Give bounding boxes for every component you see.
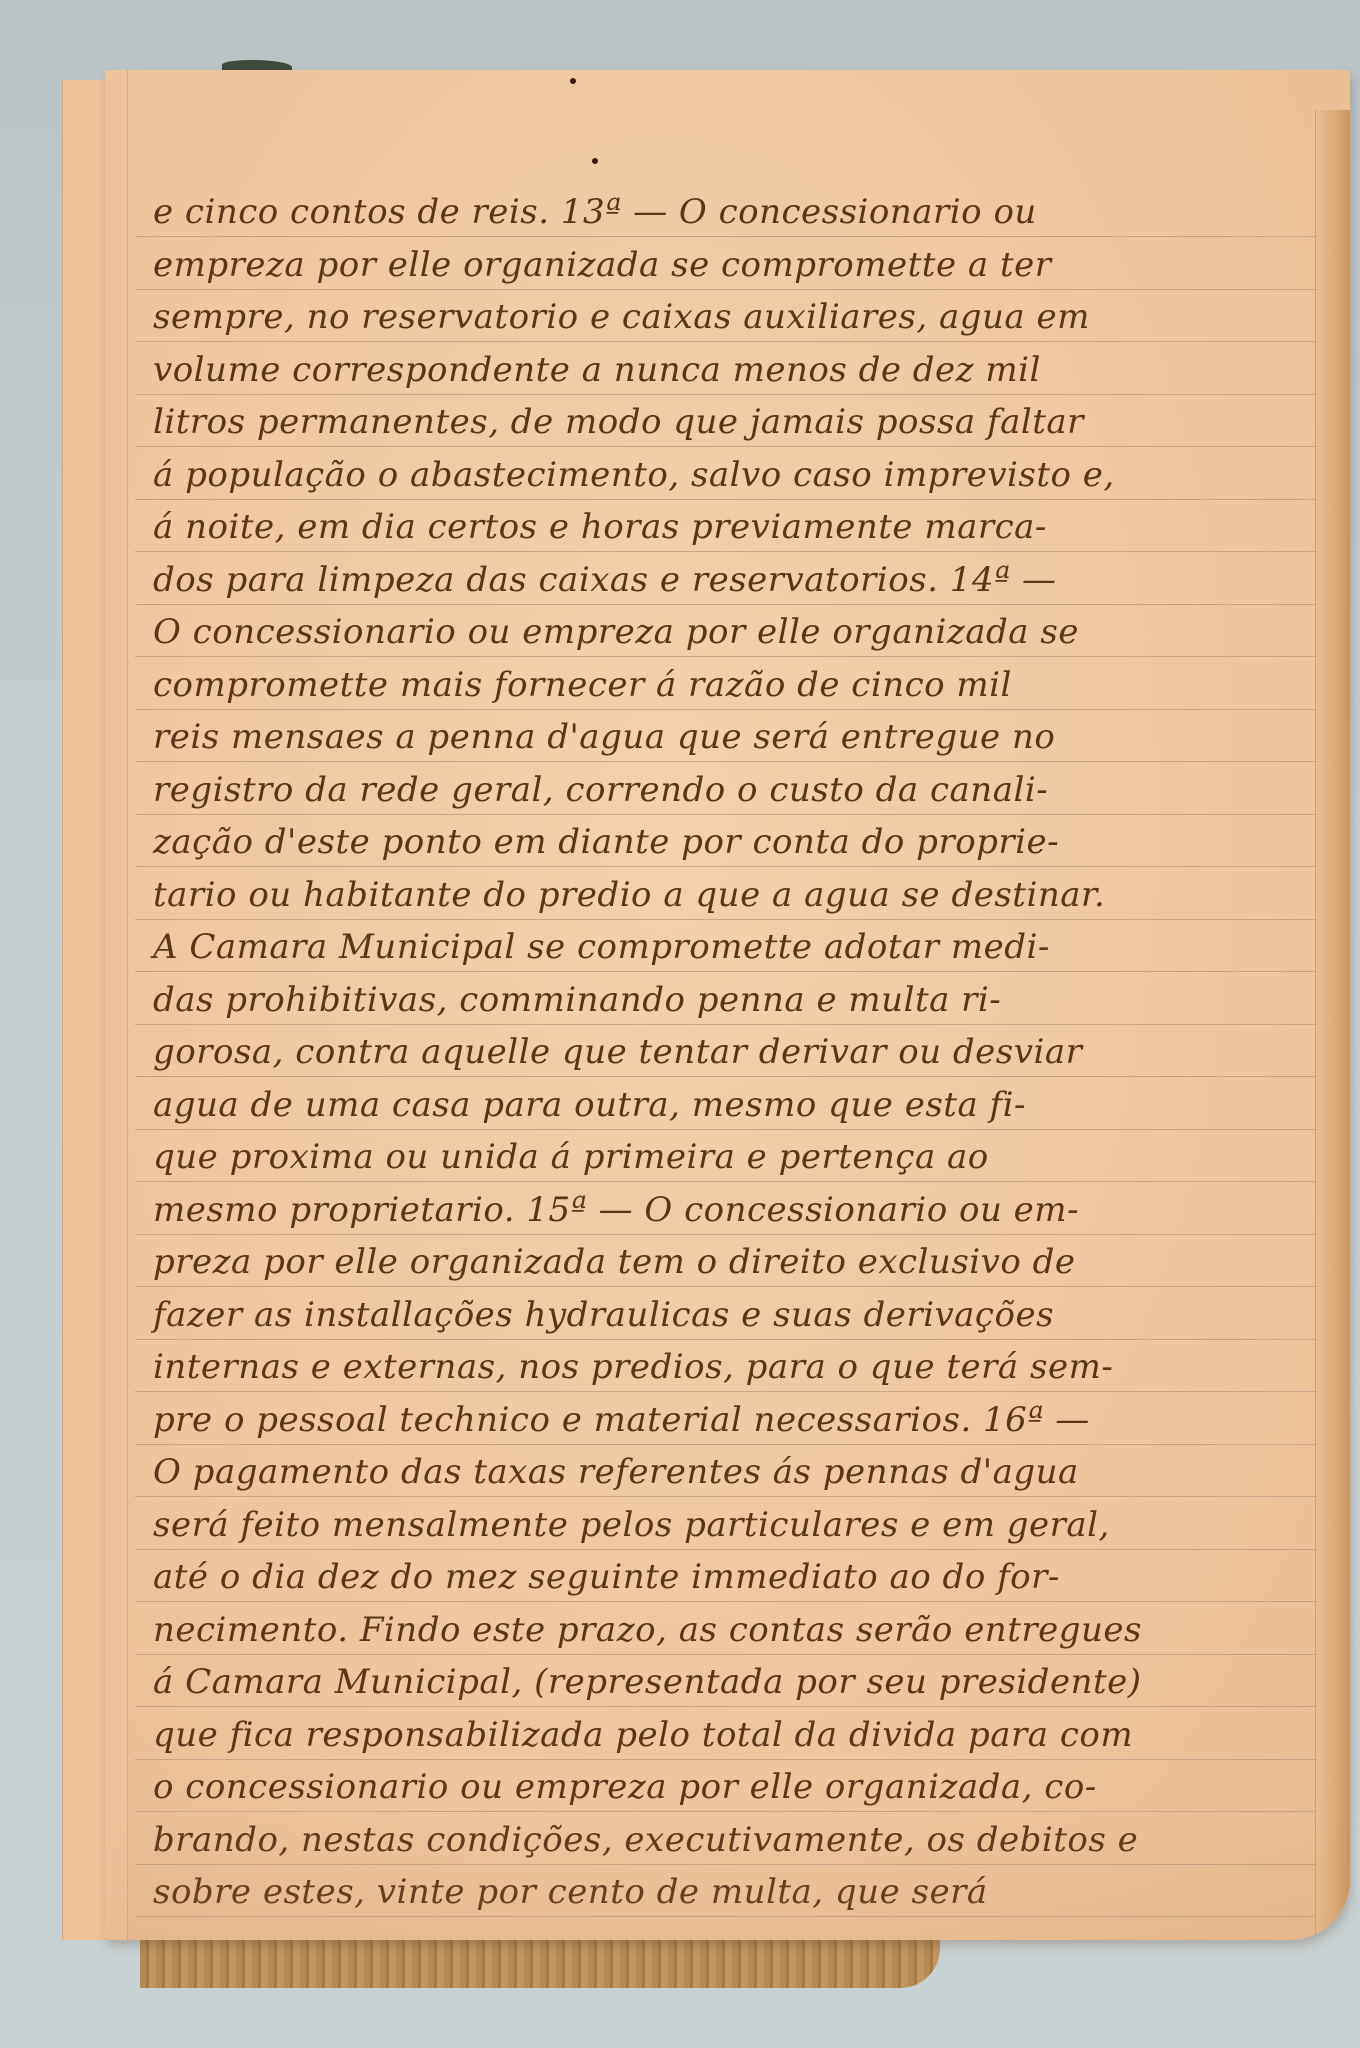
text-line: será feito mensalmente pelos particulare…: [153, 1505, 1323, 1545]
text-line: preza por elle organizada tem o direito …: [153, 1242, 1323, 1282]
ruled-line: [135, 1811, 1315, 1812]
ruled-line: [135, 1496, 1315, 1497]
ruled-line: [135, 1916, 1315, 1917]
ruled-line: [135, 919, 1315, 920]
text-line: internas e externas, nos predios, para o…: [153, 1347, 1323, 1387]
text-line: e cinco contos de reis. 13ª — O concessi…: [153, 192, 1323, 232]
ruled-line: [135, 1706, 1315, 1707]
ruled-line: [135, 1129, 1315, 1130]
text-line: dos para limpeza das caixas e reservator…: [153, 560, 1323, 600]
ruled-line: [135, 236, 1315, 237]
ruled-line: [135, 1339, 1315, 1340]
text-line: pre o pessoal technico e material necess…: [153, 1400, 1323, 1440]
text-line: brando, nestas condições, executivamente…: [153, 1820, 1323, 1860]
ruled-line: [135, 1549, 1315, 1550]
ruled-line: [135, 761, 1315, 762]
ruled-line: [135, 604, 1315, 605]
text-line: empreza por elle organizada se compromet…: [153, 245, 1323, 285]
text-line: das prohibitivas, comminando penna e mul…: [153, 980, 1323, 1020]
ruled-line: [135, 1076, 1315, 1077]
left-margin: [105, 70, 128, 1940]
text-line: que fica responsabilizada pelo total da …: [153, 1715, 1323, 1755]
ruled-line: [135, 1654, 1315, 1655]
ruled-line: [135, 499, 1315, 500]
text-line: fazer as installações hydraulicas e suas…: [153, 1295, 1323, 1335]
text-line: á Camara Municipal, (representada por se…: [153, 1662, 1323, 1702]
ruled-line: [135, 971, 1315, 972]
text-line: o concessionario ou empreza por elle org…: [153, 1767, 1323, 1807]
ruled-line: [135, 446, 1315, 447]
text-line: O pagamento das taxas referentes ás penn…: [153, 1452, 1323, 1492]
ruled-line: [135, 1024, 1315, 1025]
ink-dot: [592, 158, 598, 164]
ruled-line: [135, 1234, 1315, 1235]
text-line: gorosa, contra aquelle que tentar deriva…: [153, 1032, 1323, 1072]
ruled-line: [135, 394, 1315, 395]
ruled-line: [135, 814, 1315, 815]
ruled-line: [135, 1391, 1315, 1392]
ruled-line: [135, 1601, 1315, 1602]
text-line: que proxima ou unida á primeira e perten…: [153, 1137, 1323, 1177]
text-line: á noite, em dia certos e horas previamen…: [153, 507, 1323, 547]
text-line: reis mensaes a penna d'agua que será ent…: [153, 717, 1323, 757]
ruled-line: [135, 866, 1315, 867]
ink-dot: [570, 78, 576, 84]
ruled-line: [135, 341, 1315, 342]
underlying-page-edge: [62, 80, 109, 1940]
ruled-line: [135, 289, 1315, 290]
manuscript-page: e cinco contos de reis. 13ª — O concessi…: [105, 70, 1350, 1940]
text-line: O concessionario ou empreza por elle org…: [153, 612, 1323, 652]
text-line: volume correspondente a nunca menos de d…: [153, 350, 1323, 390]
text-line: tario ou habitante do predio a que a agu…: [153, 875, 1323, 915]
ruled-line: [135, 1444, 1315, 1445]
text-line: registro da rede geral, correndo o custo…: [153, 770, 1323, 810]
text-line: sobre estes, vinte por cento de multa, q…: [153, 1872, 1323, 1912]
text-line: agua de uma casa para outra, mesmo que e…: [153, 1085, 1323, 1125]
ruled-line: [135, 709, 1315, 710]
text-line: até o dia dez do mez seguinte immediato …: [153, 1557, 1323, 1597]
text-line: mesmo proprietario. 15ª — O concessionar…: [153, 1190, 1323, 1230]
text-line: compromette mais fornecer á razão de cin…: [153, 665, 1323, 705]
text-line: á população o abastecimento, salvo caso …: [153, 455, 1323, 495]
text-line: A Camara Municipal se compromette adotar…: [153, 927, 1323, 967]
ruled-line: [135, 1181, 1315, 1182]
text-line: necimento. Findo este prazo, as contas s…: [153, 1610, 1323, 1650]
text-line: litros permanentes, de modo que jamais p…: [153, 402, 1323, 442]
ruled-line: [135, 656, 1315, 657]
ruled-line: [135, 551, 1315, 552]
text-line: zação d'este ponto em diante por conta d…: [153, 822, 1323, 862]
ruled-line: [135, 1759, 1315, 1760]
text-line: sempre, no reservatorio e caixas auxilia…: [153, 297, 1323, 337]
ruled-line: [135, 1286, 1315, 1287]
ruled-line: [135, 1864, 1315, 1865]
